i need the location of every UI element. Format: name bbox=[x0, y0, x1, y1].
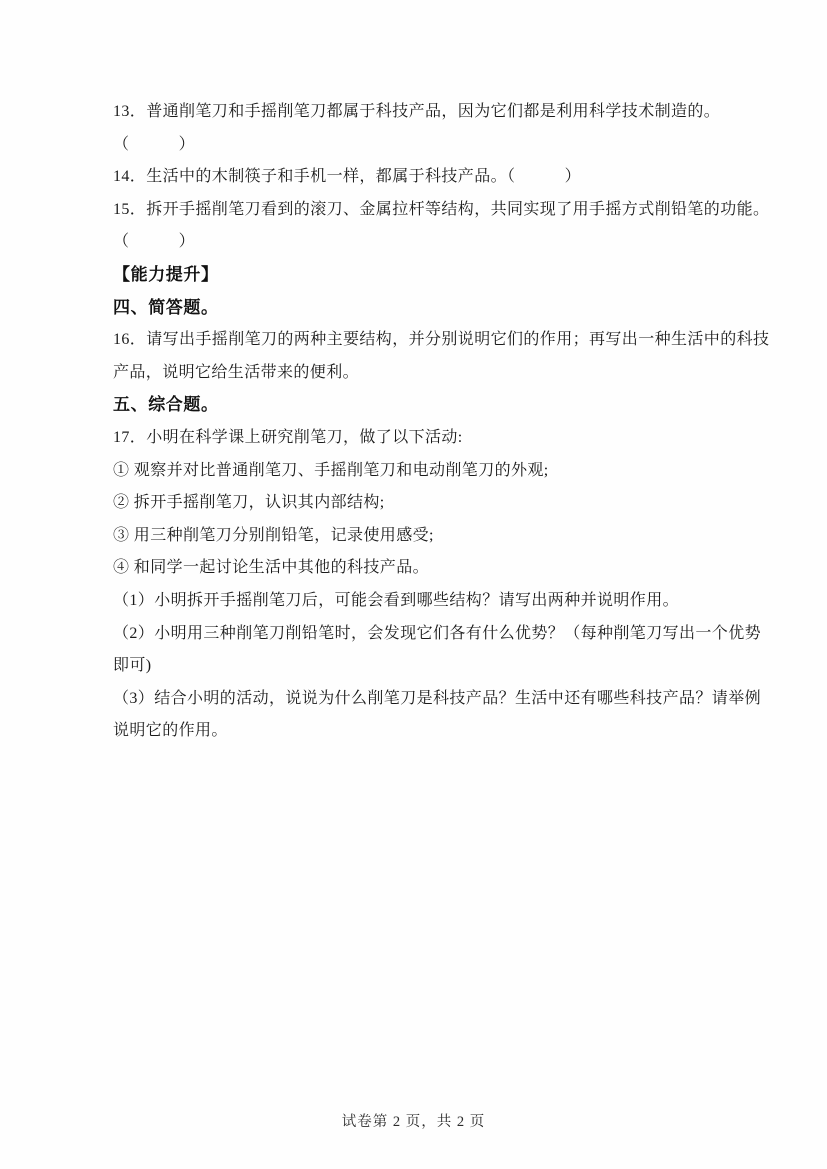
question-17-sub-2-line-2: 即可) bbox=[113, 650, 717, 683]
question-17-sub-3-line-2: 说明它的作用。 bbox=[113, 715, 717, 748]
question-17-activity-4: ④ 和同学一起讨论生活中其他的科技产品。 bbox=[113, 552, 717, 585]
question-16-text-line-2: 产品，说明它给生活带来的便利。 bbox=[113, 357, 717, 390]
page-footer: 试卷第 2 页，共 2 页 bbox=[0, 1110, 827, 1131]
question-13-text: 13．普通削笔刀和手摇削笔刀都属于科技产品，因为它们都是利用科学技术制造的。 bbox=[113, 96, 717, 129]
document-content: 13．普通削笔刀和手摇削笔刀都属于科技产品，因为它们都是利用科学技术制造的。（ … bbox=[113, 96, 717, 748]
page-footer-text: 试卷第 2 页，共 2 页 bbox=[342, 1114, 486, 1130]
section-4-heading: 四、简答题。 bbox=[113, 292, 717, 325]
question-16-text-line-1: 16．请写出手摇削笔刀的两种主要结构，并分别说明它们的作用；再写出一种生活中的科… bbox=[113, 324, 717, 357]
question-17-sub-1: （1）小明拆开手摇削笔刀后，可能会看到哪些结构？请写出两种并说明作用。 bbox=[113, 585, 717, 618]
question-17-sub-2-line-1: （2）小明用三种削笔刀削铅笔时，会发现它们各有什么优势？（每种削笔刀写出一个优势 bbox=[113, 618, 717, 651]
question-15-answer-blank: （ ） bbox=[113, 226, 717, 259]
question-15-text: 15．拆开手摇削笔刀看到的滚刀、金属拉杆等结构，共同实现了用手摇方式削铅笔的功能… bbox=[113, 194, 717, 227]
question-17-activity-3: ③ 用三种削笔刀分别削铅笔，记录使用感受; bbox=[113, 520, 717, 553]
question-14-text: 14．生活中的木制筷子和手机一样，都属于科技产品。（ ） bbox=[113, 161, 717, 194]
question-13-answer-blank: （ ） bbox=[113, 129, 717, 162]
question-17-text: 17．小明在科学课上研究削笔刀，做了以下活动: bbox=[113, 422, 717, 455]
question-17-sub-3-line-1: （3）结合小明的活动，说说为什么削笔刀是科技产品？生活中还有哪些科技产品？请举例 bbox=[113, 683, 717, 716]
question-17-activity-1: ① 观察并对比普通削笔刀、手摇削笔刀和电动削笔刀的外观; bbox=[113, 455, 717, 488]
question-17-activity-2: ② 拆开手摇削笔刀，认识其内部结构; bbox=[113, 487, 717, 520]
section-ability-heading: 【能力提升】 bbox=[113, 259, 717, 292]
section-5-heading: 五、综合题。 bbox=[113, 389, 717, 422]
document-page: 13．普通削笔刀和手摇削笔刀都属于科技产品，因为它们都是利用科学技术制造的。（ … bbox=[0, 0, 827, 1169]
